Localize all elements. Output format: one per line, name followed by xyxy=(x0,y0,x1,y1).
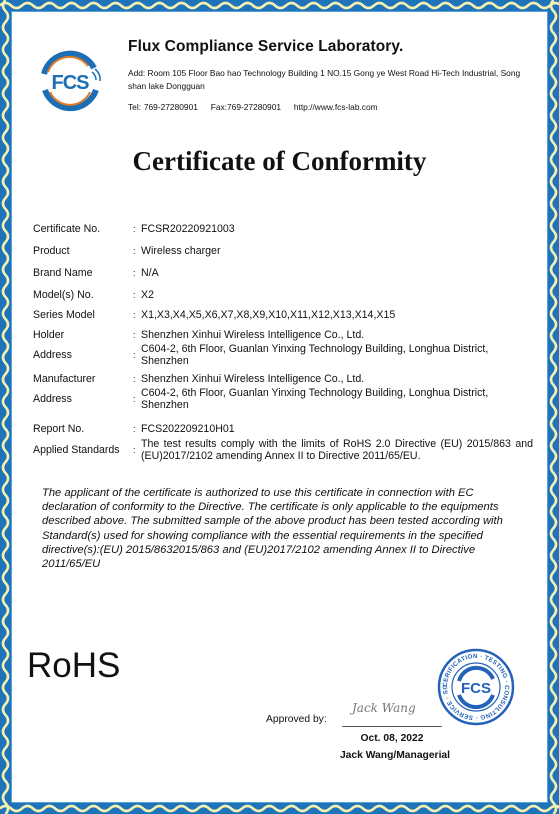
field-row: Address:C604-2, 6th Floor, Guanlan Yinxi… xyxy=(33,341,533,369)
approved-by-label: Approved by: xyxy=(266,714,327,725)
field-label: Certificate No. xyxy=(33,223,133,235)
lab-name: Flux Compliance Service Laboratory. xyxy=(128,38,403,56)
field-label: Series Model xyxy=(33,309,133,321)
field-value: X1,X3,X4,X5,X6,X7,X8,X9,X10,X11,X12,X13,… xyxy=(141,309,533,321)
field-value: The test results comply with the limits … xyxy=(141,438,533,462)
rohs-mark: RoHS xyxy=(27,646,120,686)
field-row: Model(s) No.:X2 xyxy=(33,279,533,301)
field-value: FCSR20220921003 xyxy=(141,223,533,235)
field-row: Brand Name:N/A xyxy=(33,257,533,279)
field-value: FCS202209210H01 xyxy=(141,423,533,435)
field-label: Address xyxy=(33,349,133,361)
field-value: N/A xyxy=(141,267,533,279)
field-value: C604-2, 6th Floor, Guanlan Yinxing Techn… xyxy=(141,387,533,411)
field-row: Applied Standards:The test results compl… xyxy=(33,435,533,465)
svg-text:Jack Wang: Jack Wang xyxy=(350,701,416,715)
field-row: Manufacturer:Shenzhen Xinhui Wireless In… xyxy=(33,369,533,385)
field-value: Wireless charger xyxy=(141,245,533,257)
field-row: Product:Wireless charger xyxy=(33,235,533,257)
field-label: Holder xyxy=(33,329,133,341)
lab-website[interactable]: http://www.fcs-lab.com xyxy=(294,102,378,112)
approval-date: Oct. 08, 2022 xyxy=(342,733,442,744)
field-row: Holder:Shenzhen Xinhui Wireless Intellig… xyxy=(33,321,533,341)
fcs-stamp-icon: CERIFICATION · TESTING · CONSULTING · SE… xyxy=(437,648,515,726)
signer-name: Jack Wang/Managerial xyxy=(320,750,470,761)
svg-text:FCS: FCS xyxy=(461,680,491,697)
field-row: Report No.:FCS202209210H01 xyxy=(33,413,533,435)
lab-address: Add: Room 105 Floor Bao hao Technology B… xyxy=(128,67,528,93)
field-label: Manufacturer xyxy=(33,373,133,385)
field-row: Certificate No.:FCSR20220921003 xyxy=(33,213,533,235)
field-label: Address xyxy=(33,393,133,405)
certificate-statement: The applicant of the certificate is auth… xyxy=(42,486,527,571)
field-value: C604-2, 6th Floor, Guanlan Yinxing Techn… xyxy=(141,343,533,367)
certificate-title: Certificate of Conformity xyxy=(0,146,559,177)
field-label: Applied Standards xyxy=(33,444,133,456)
field-label: Model(s) No. xyxy=(33,289,133,301)
svg-text:FCS: FCS xyxy=(52,72,90,94)
field-label: Product xyxy=(33,245,133,257)
field-value: Shenzhen Xinhui Wireless Intelligence Co… xyxy=(141,329,533,341)
lab-fax: Fax:769-27280901 xyxy=(211,102,281,112)
field-value: X2 xyxy=(141,289,533,301)
field-label: Brand Name xyxy=(33,267,133,279)
field-value: Shenzhen Xinhui Wireless Intelligence Co… xyxy=(141,373,533,385)
fcs-logo-icon: FCS xyxy=(36,46,104,114)
lab-tel: Tel: 769-27280901 xyxy=(128,102,198,112)
certificate-fields: Certificate No.:FCSR20220921003 Product:… xyxy=(33,213,533,465)
field-label: Report No. xyxy=(33,423,133,435)
signature-line xyxy=(342,726,442,727)
field-row: Address:C604-2, 6th Floor, Guanlan Yinxi… xyxy=(33,385,533,413)
lab-contact: Tel: 769-27280901 Fax:769-27280901 http:… xyxy=(128,102,388,112)
signature-icon: Jack Wang xyxy=(350,692,430,720)
field-row: Series Model:X1,X3,X4,X5,X6,X7,X8,X9,X10… xyxy=(33,301,533,321)
